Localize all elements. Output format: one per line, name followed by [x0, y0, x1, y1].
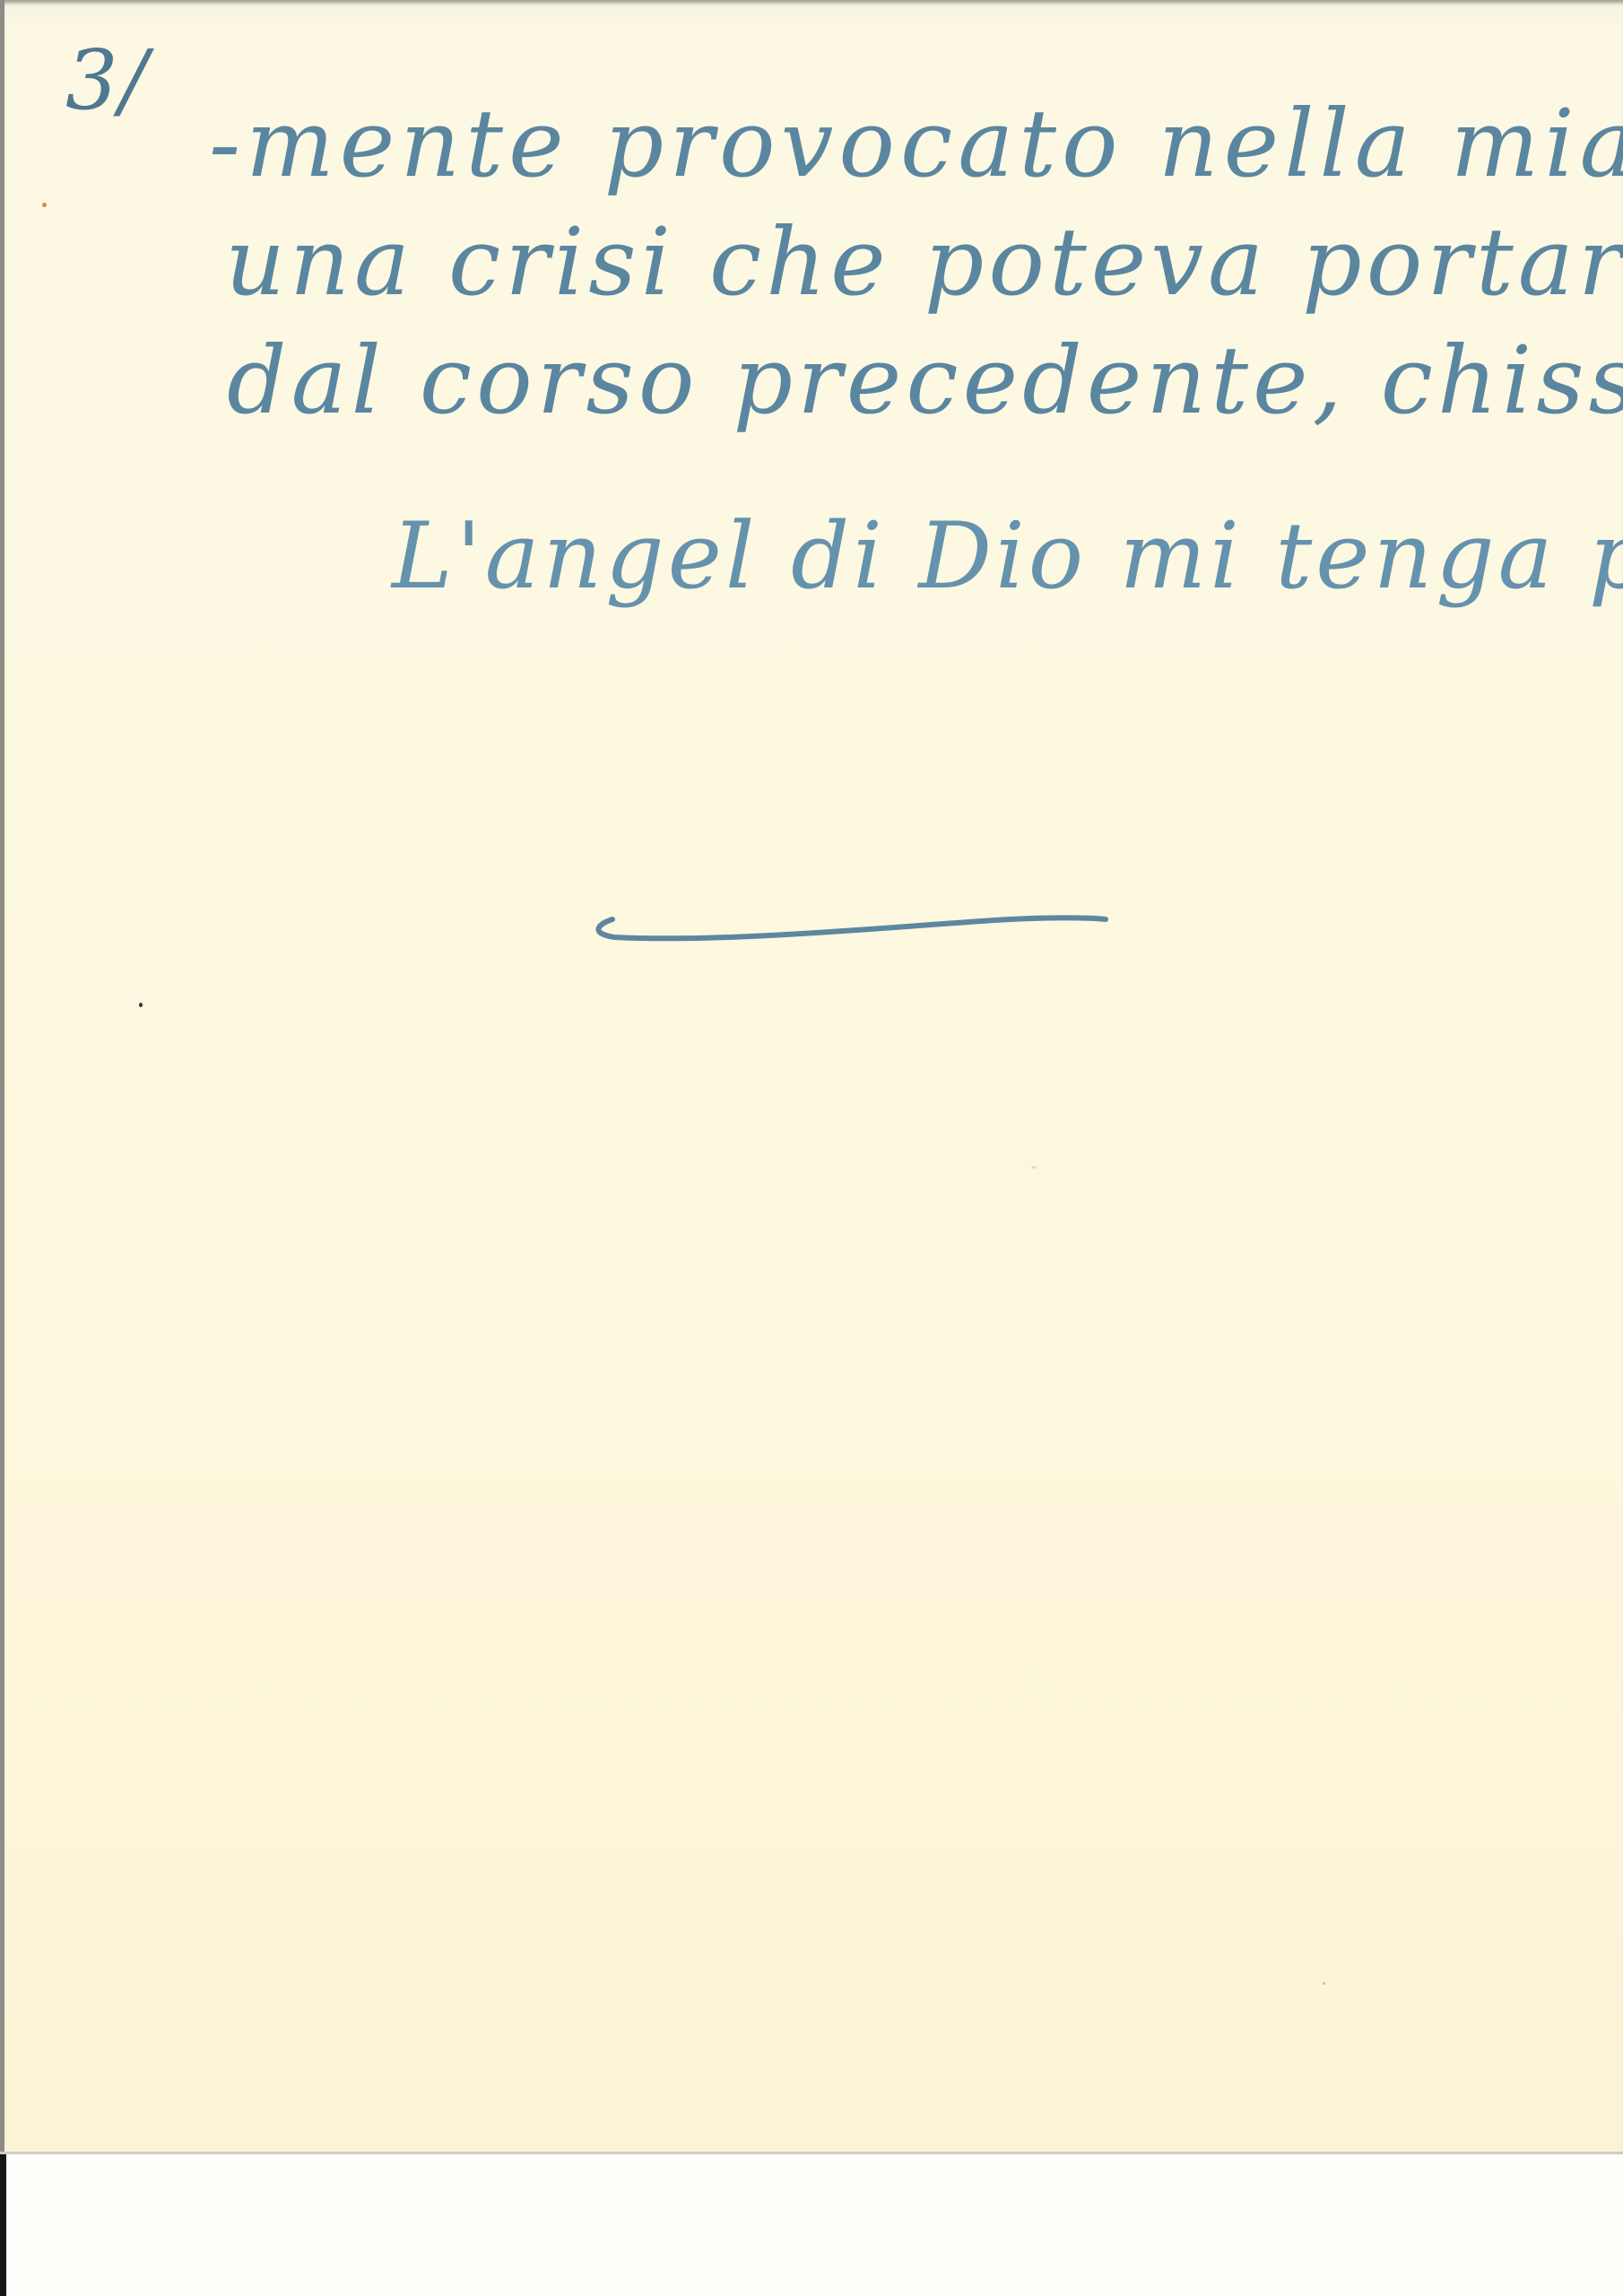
paper-edge — [0, 2152, 1623, 2154]
page-number: 3/ — [65, 39, 150, 122]
section-divider-stroke — [578, 901, 1116, 946]
manuscript-paper: 3/ -mente provocato nella mia attività u… — [0, 0, 1623, 2154]
handwritten-line-4: L'angel di Dio mi tenga pel ciuffo — [392, 511, 1623, 603]
scanned-page: 3/ -mente provocato nella mia attività u… — [0, 0, 1623, 2296]
paper-speck — [139, 1003, 143, 1007]
handwritten-line-1: -mente provocato nella mia attività — [209, 97, 1623, 190]
handwritten-line-3: dal corso precedente, chissà dove. — [227, 334, 1623, 427]
handwritten-line-2: una crisi che poteva portarmi lontano — [225, 215, 1623, 309]
paper-speck — [42, 203, 47, 207]
scanner-edge-bar — [0, 2154, 6, 2296]
paper-speck — [1031, 1166, 1037, 1169]
paper-speck — [1323, 1982, 1325, 1985]
